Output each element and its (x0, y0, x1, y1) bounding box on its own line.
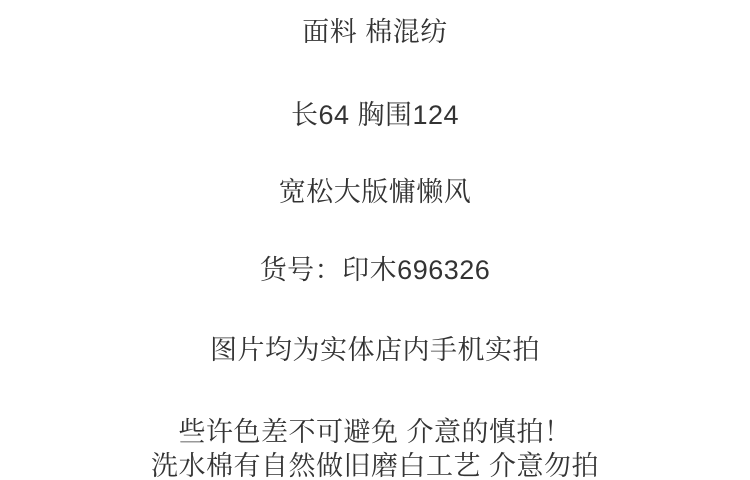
wash-process-note-line: 洗水棉有自然做旧磨白工艺 介意勿拍 (0, 450, 750, 480)
style-line: 宽松大版慵懒风 (0, 176, 750, 208)
product-description-page: 面料 棉混纺 长64 胸围124 宽松大版慵懒风 货号：印木696326 图片均… (0, 0, 750, 480)
fabric-line: 面料 棉混纺 (0, 16, 750, 48)
size-measurements-line: 长64 胸围124 (0, 99, 750, 131)
item-number-line: 货号：印木696326 (0, 254, 750, 286)
color-difference-note-line: 些许色差不可避免 介意的慎拍！ (0, 416, 750, 448)
photo-note-line: 图片均为实体店内手机实拍 (0, 334, 750, 366)
